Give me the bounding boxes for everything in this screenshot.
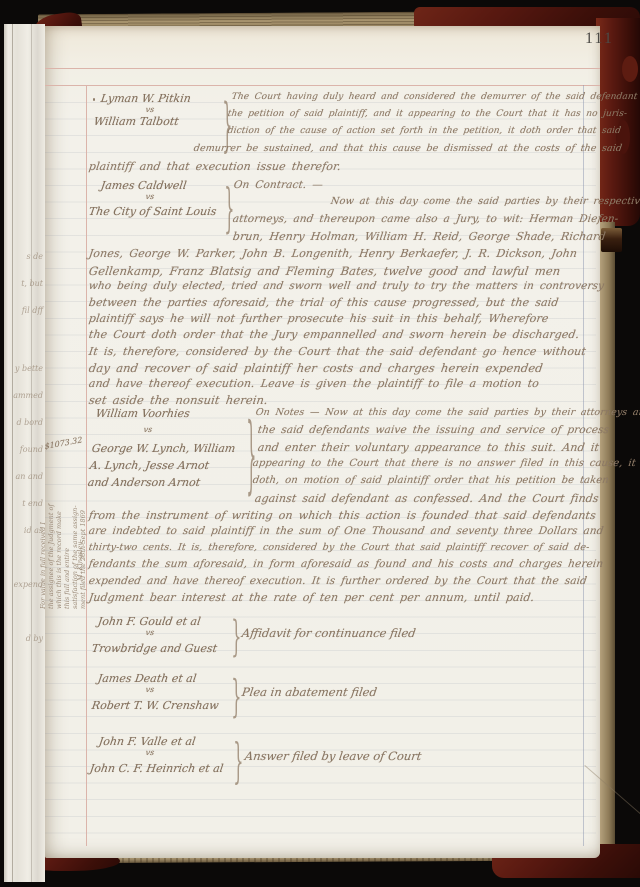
versus-label: vs [145,628,155,637]
case-brace: } [231,611,241,661]
court-record-line: fendants the sum aforesaid, in form afor… [88,558,604,570]
versus-label: vs [145,748,155,757]
court-ledger-scan: { "doc": { "page_number": "111", "labels… [0,0,640,887]
court-record-line: and enter their voluntary appearance to … [257,441,600,454]
ink-mark [93,98,95,101]
leather-cover-texture [622,56,638,82]
docket-note: Affidavit for continuance filed [241,626,417,640]
court-record-line: and have thereof execution. Leave is giv… [88,377,540,390]
court-record-line: appearing to the Court that there is no … [252,458,637,469]
case-defendant: John C. F. Heinrich et al [89,762,224,775]
court-record-line: expended and have thereof execution. It … [88,575,588,587]
court-record-line: plaintiff says he will not further prose… [88,312,549,325]
case-defendant: A. Lynch, Jesse Arnot [89,459,210,472]
court-record-line: the Court doth order that the Jury empan… [88,328,580,341]
court-record-line: On Notes — Now at this day come the said… [255,407,640,418]
case-defendant: Trowbridge and Guest [91,642,218,655]
case-defendant: and Anderson Arnot [87,476,201,489]
leather-cover-right [596,18,640,226]
court-record-line: Jones, George W. Parker, John B. Longeni… [88,247,578,260]
case-plaintiff: James Caldwell [100,179,187,192]
court-record-line: plaintiff and that execution issue there… [88,160,342,173]
docket-note: Plea in abatement filed [241,685,378,699]
court-record-heading: On Contract. — [233,179,324,191]
versus-label: vs [145,105,155,114]
case-plaintiff: William Voorhies [95,407,191,420]
court-record-line: are indebted to said plaintiff in the su… [88,525,604,537]
margin-note-line: this full and entire [63,449,71,609]
court-record-line: the said defendants waive the issuing an… [257,424,610,436]
case-defendant: The City of Saint Louis [88,205,217,218]
case-defendant: George W. Lynch, William [91,442,236,455]
court-record-line: attorneys, and thereupon came also a Jur… [232,213,619,225]
ledger-page: 111 Lyman W. Pitkin vs William Talbott }… [45,26,600,858]
court-record-line: thirty-two cents. It is, therefore, cons… [88,542,590,553]
court-record-line: against said defendant as confessed. And… [254,492,600,505]
court-record-line: Judgment bear interest at the rate of te… [88,591,535,604]
court-record-line: the petition of said plaintiff, and it a… [227,109,628,119]
case-plaintiff: Lyman W. Pitkin [100,92,192,105]
court-record-line: from the instrument of writing on which … [88,509,597,522]
case-defendant: Robert T. W. Crenshaw [91,699,220,712]
case-brace: } [231,670,241,723]
header-rule [45,68,600,69]
court-record-line: doth, on motion of said plaintiff order … [252,475,610,486]
court-record-line: brun, Henry Holman, William H. Reid, Geo… [232,230,606,243]
edge-text-fragment: fil dff [22,306,43,315]
edge-text-fragment: d bord [16,418,43,427]
court-record-line: set aside the nonsuit herein. [88,393,269,407]
court-record-line: day and recover of said plaintiff her co… [88,361,544,375]
case-brace: } [233,731,243,789]
case-plaintiff: John F. Valle et al [98,735,196,748]
case-plaintiff: James Death et al [97,672,197,685]
court-record-line: Now at this day come the said parties by… [330,196,640,207]
versus-label: vs [145,192,155,201]
court-record-line: who being duly elected, tried and sworn … [88,280,605,292]
edge-text-fragment: s de [26,252,43,261]
docket-note: Answer filed by leave of Court [244,749,422,763]
versus-label: vs [145,685,155,694]
court-record-line: It is, therefore, considered by the Cour… [88,345,587,358]
margin-note-line: For value in full received I [39,449,47,609]
page-number: 111 [585,30,614,48]
edge-text-fragment: y bette [15,364,43,373]
header-rule [45,85,600,86]
versus-label: vs [143,425,153,434]
court-record-line: The Court having duly heard and consider… [231,92,640,102]
court-record-line: Gellenkamp, Franz Blatsig and Fleming Ba… [88,264,561,278]
court-record-line: between the parties aforesaid, the trial… [88,296,559,309]
margin-note-line: the assignee of the Judgment of [47,449,55,609]
case-plaintiff: John F. Gould et al [97,615,201,628]
edge-text-fragment: ammed [13,391,43,400]
edge-text-fragment: t, but [21,279,43,288]
margin-signature: M. Kingsley [76,501,86,581]
court-record-line: demurrer be sustained, and that this cau… [193,143,623,154]
court-record-line: diction of the cause of action set forth… [227,126,622,136]
margin-note-line: which this is the record make [55,449,63,609]
edge-text-fragment: d by [26,634,43,643]
case-defendant: William Talbott [93,115,180,128]
